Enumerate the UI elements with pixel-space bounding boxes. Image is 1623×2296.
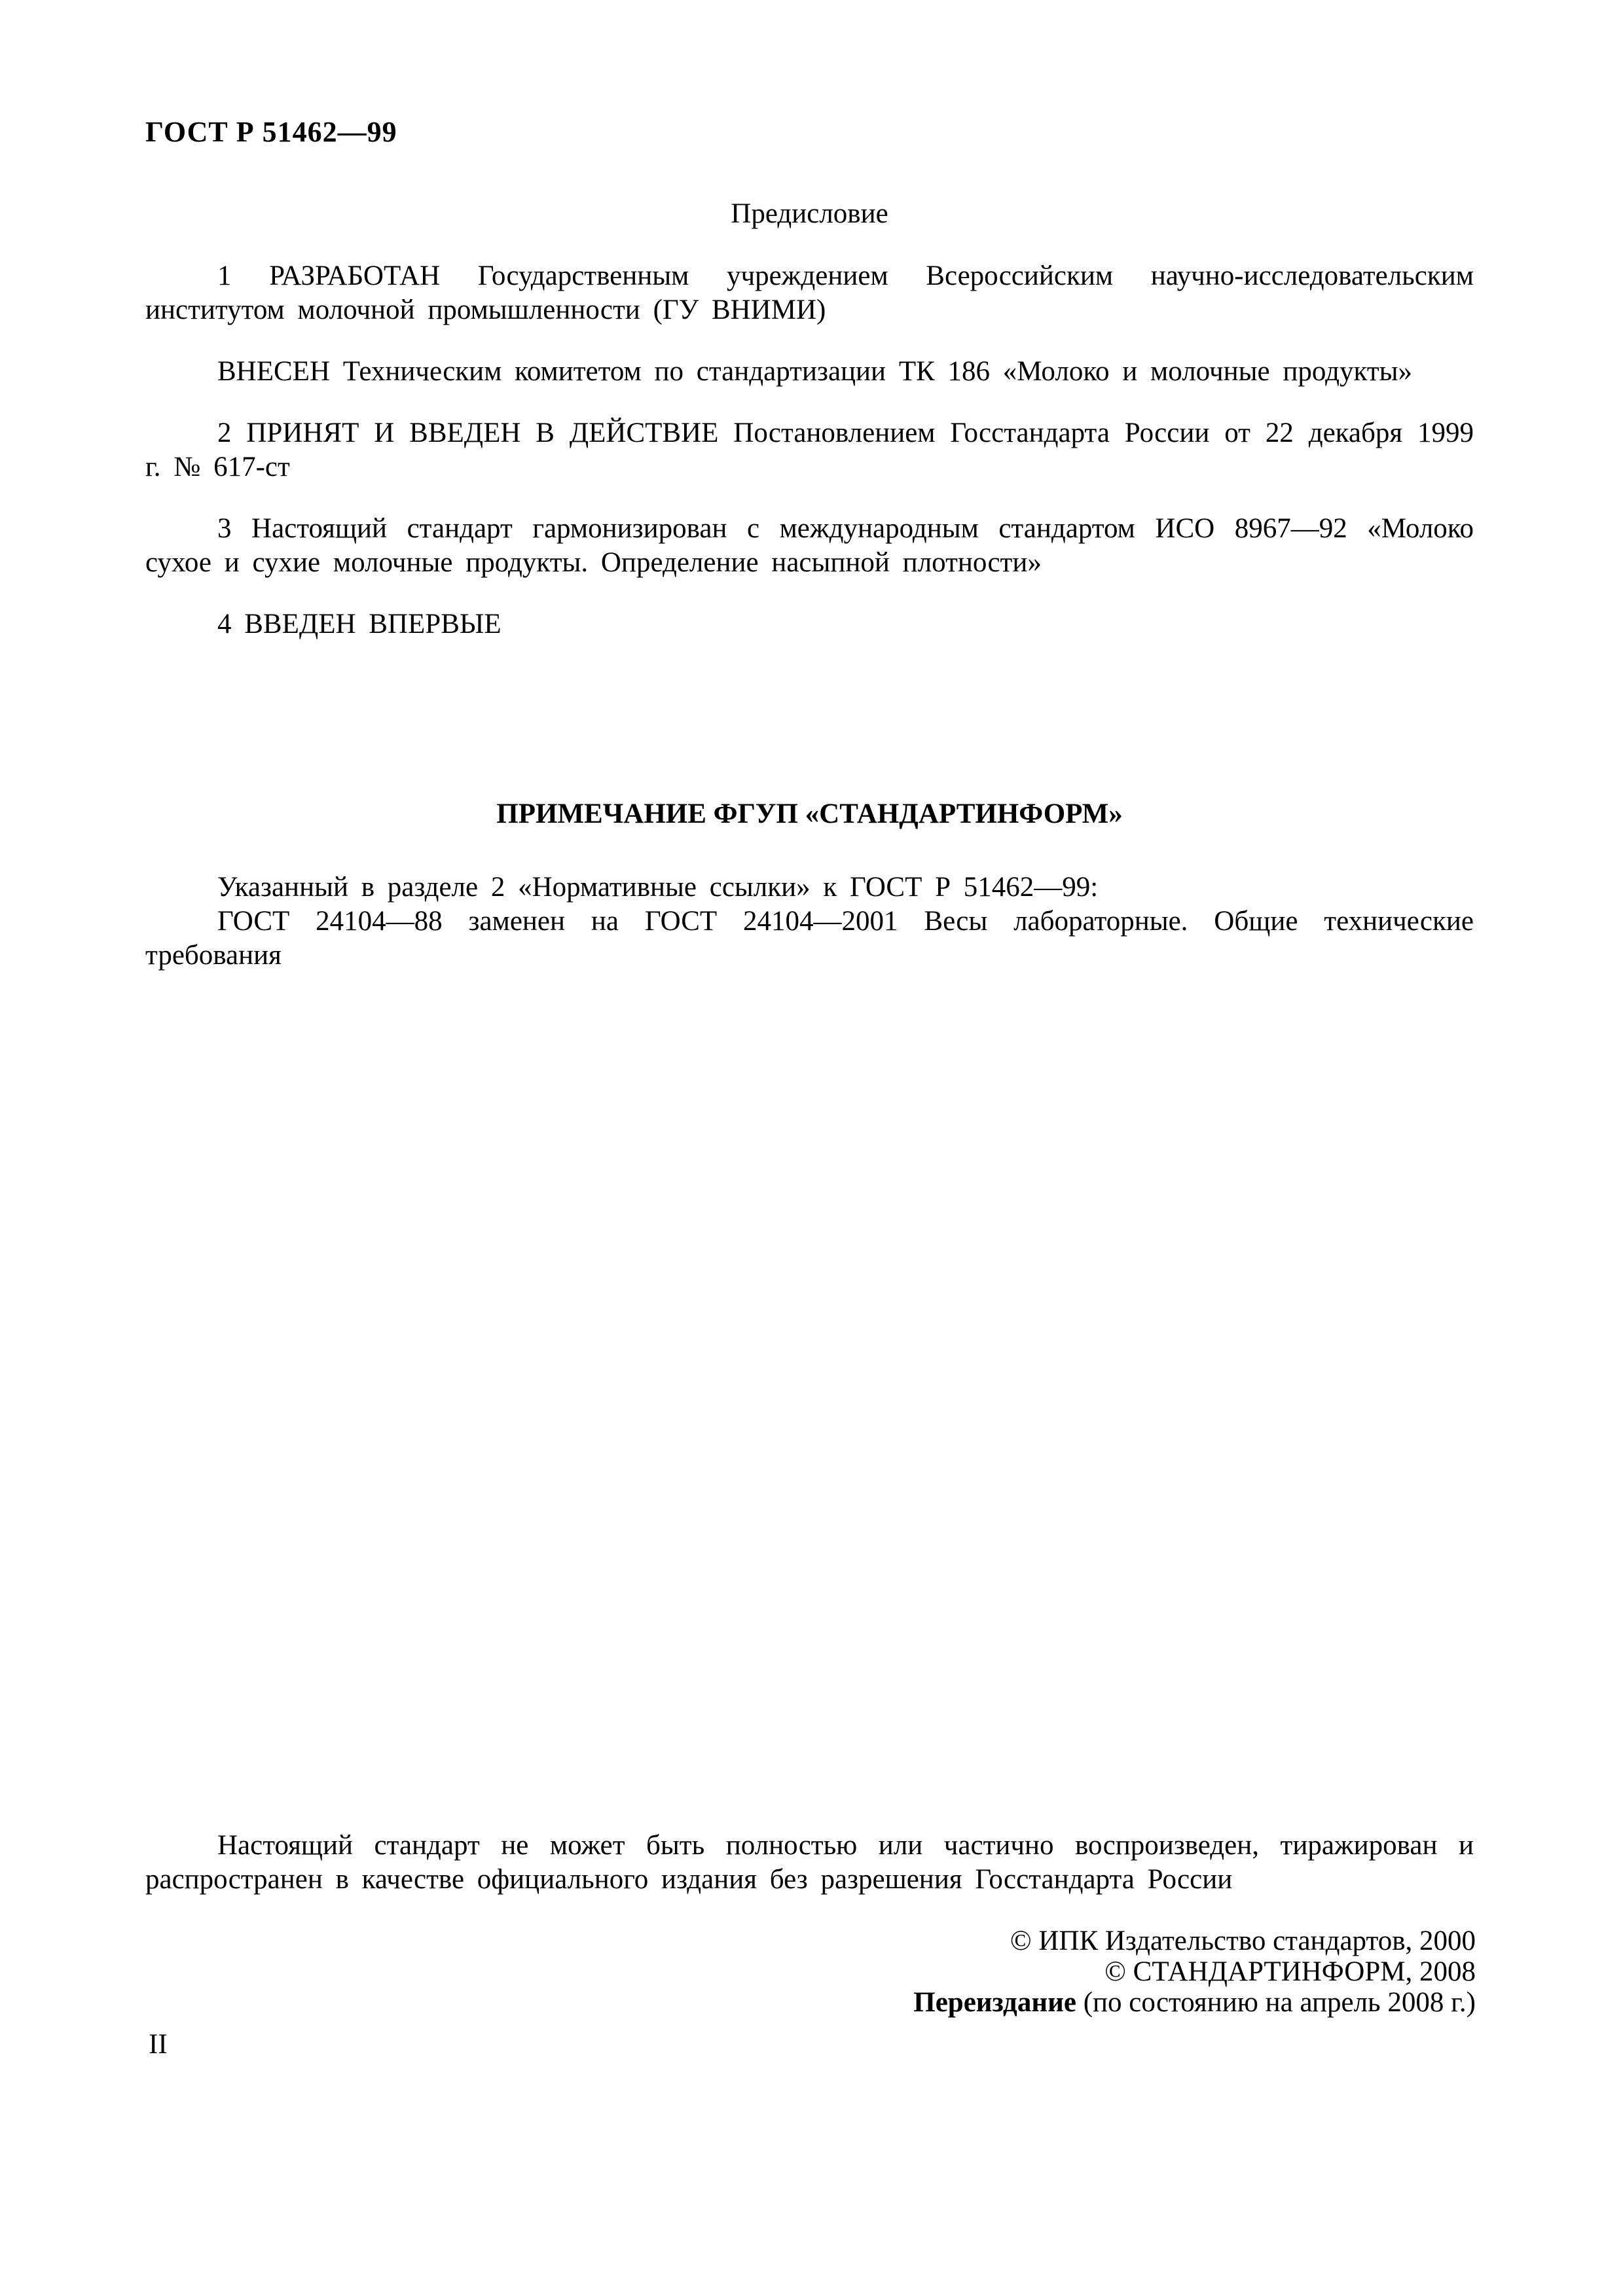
foreword-title: Предисловие: [145, 197, 1474, 231]
reissue-line: Переиздание (по состоянию на апрель 2008…: [145, 1987, 1476, 2018]
foreword-section: 1 РАЗРАБОТАН Государственным учреждением…: [145, 259, 1474, 641]
copyright-line-standartinform: © СТАНДАРТИНФОРМ, 2008: [145, 1956, 1476, 1987]
note-section: Указанный в разделе 2 «Нормативные ссылк…: [145, 870, 1474, 973]
reissue-detail: (по состоянию на апрель 2008 г.): [1076, 1987, 1476, 2018]
note-title: ПРИМЕЧАНИЕ ФГУП «СТАНДАРТИНФОРМ»: [145, 797, 1474, 831]
foreword-paragraph-adopted: 2 ПРИНЯТ И ВВЕДЕН В ДЕЙСТВИЕ Постановлен…: [145, 416, 1474, 484]
foreword-paragraph-first-edition: 4 ВВЕДЕН ВПЕРВЫЕ: [145, 607, 1474, 641]
reissue-label: Переиздание: [913, 1987, 1076, 2018]
copyright-block: © ИПК Издательство стандартов, 2000 © СТ…: [145, 1926, 1476, 2018]
document-page: ГОСТ Р 51462—99 Предисловие 1 РАЗРАБОТАН…: [0, 0, 1623, 2296]
note-paragraph-references: Указанный в разделе 2 «Нормативные ссылк…: [145, 870, 1474, 905]
page-number: II: [149, 2028, 168, 2062]
copyright-line-ipk: © ИПК Издательство стандартов, 2000: [145, 1926, 1476, 1956]
note-paragraph-replacement: ГОСТ 24104—88 заменен на ГОСТ 24104—2001…: [145, 905, 1474, 973]
doc-code-header: ГОСТ Р 51462—99: [145, 115, 397, 149]
foreword-paragraph-developed: 1 РАЗРАБОТАН Государственным учреждением…: [145, 259, 1474, 327]
restriction-notice: Настоящий стандарт не может быть полност…: [145, 1829, 1474, 1897]
foreword-paragraph-submitted: ВНЕСЕН Техническим комитетом по стандарт…: [145, 355, 1474, 389]
foreword-paragraph-harmonized: 3 Настоящий стандарт гармонизирован с ме…: [145, 512, 1474, 580]
